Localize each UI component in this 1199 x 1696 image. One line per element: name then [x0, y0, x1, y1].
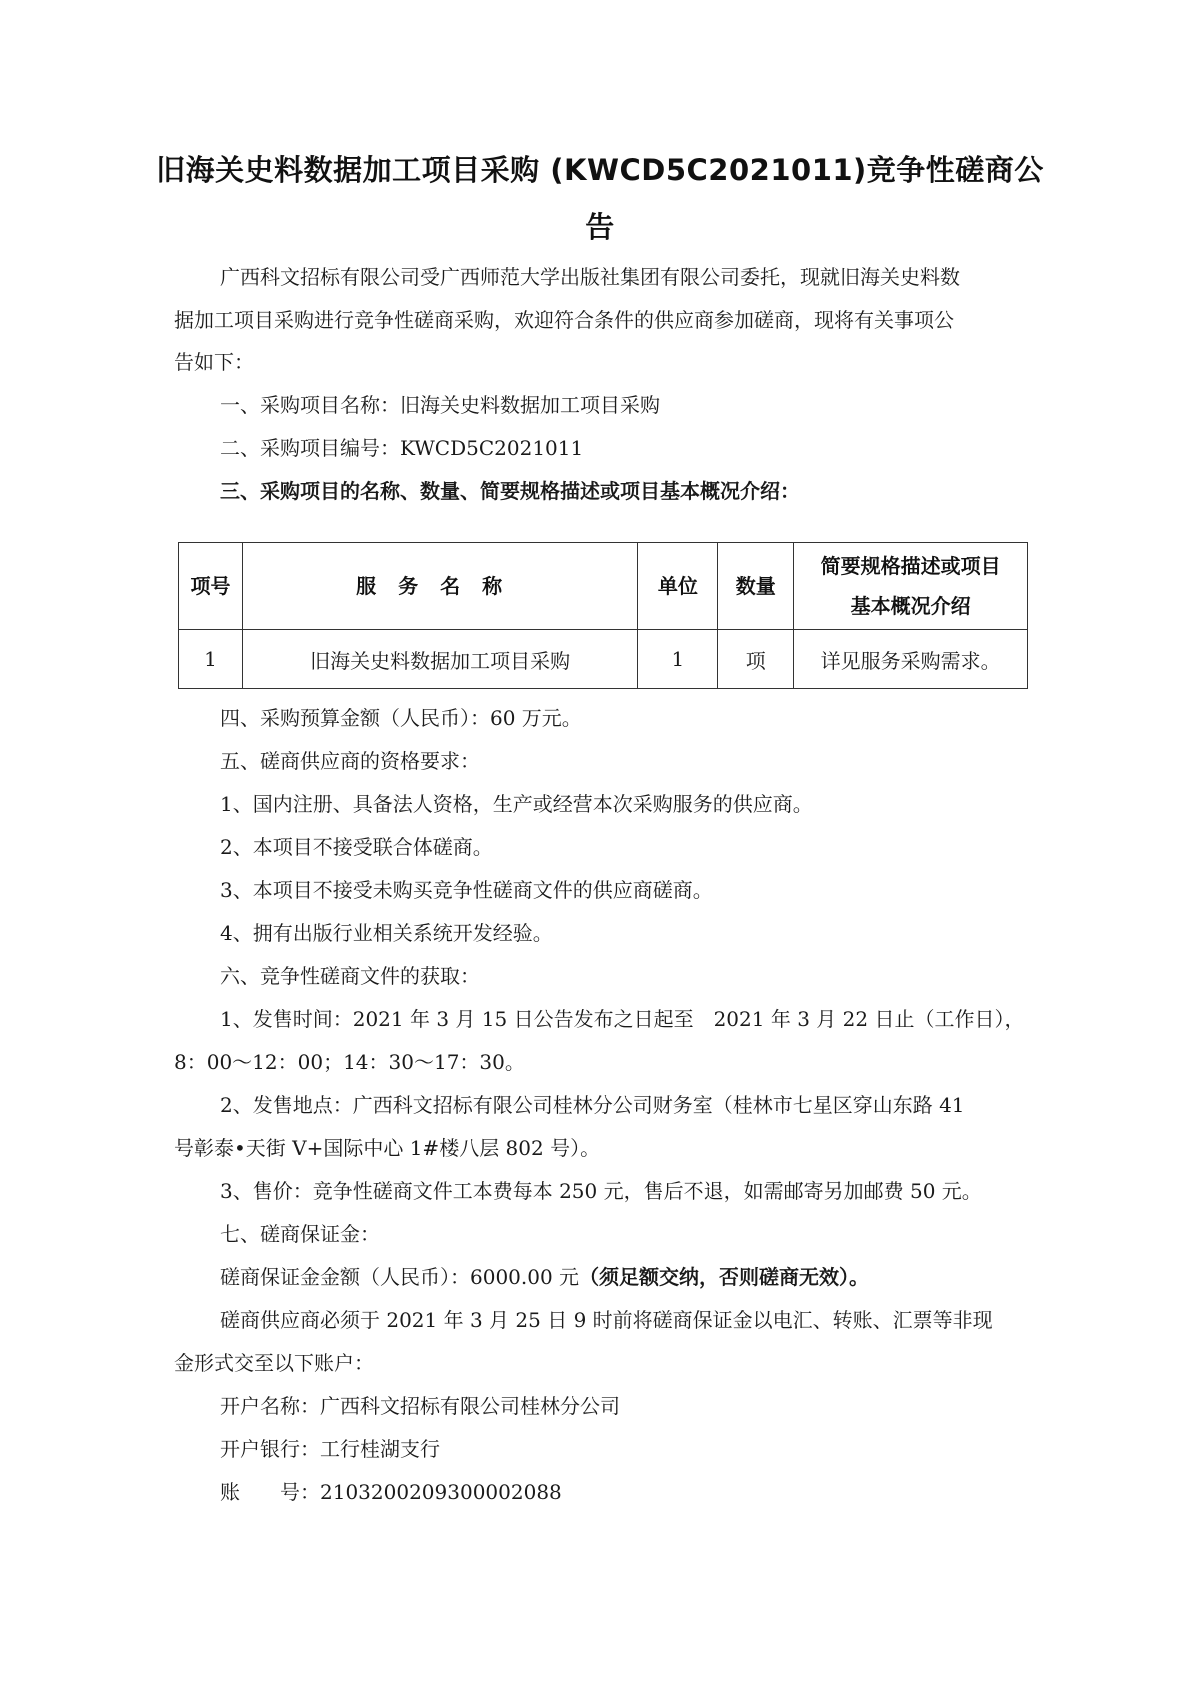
- qualification-item-4: 4、拥有出版行业相关系统开发经验。: [220, 919, 553, 947]
- document-page: 旧海关史料数据加工项目采购 (KWCD5C2021011)竞争性磋商公 告 广西…: [0, 0, 1199, 1696]
- section2-project-number: 二、采购项目编号：KWCD5C2021011: [220, 434, 583, 462]
- intro-line3: 告如下：: [174, 348, 254, 376]
- section6-heading: 六、竞争性磋商文件的获取：: [220, 962, 480, 990]
- deposit-note: （须足额交纳，否则磋商无效）。: [579, 1265, 869, 1289]
- table-header-row: 项号 服务名称 单位 数量 简要规格描述或项目 基本概况介绍: [179, 543, 1028, 630]
- sale-location-line2: 号彰泰•天街 V+国际中心 1#楼八层 802 号）。: [174, 1134, 600, 1162]
- cell-service-name: 旧海关史料数据加工项目采购: [242, 630, 637, 689]
- section7-heading: 七、磋商保证金：: [220, 1220, 380, 1248]
- header-description: 简要规格描述或项目 基本概况介绍: [794, 543, 1028, 630]
- section3-heading: 三、采购项目的名称、数量、简要规格描述或项目基本概况介绍：: [220, 477, 800, 505]
- header-service-name: 服务名称: [242, 543, 637, 630]
- account-bank: 开户银行：工行桂湖支行: [220, 1435, 440, 1463]
- deposit-deadline-line2: 金形式交至以下账户：: [174, 1349, 374, 1377]
- document-title-line1: 旧海关史料数据加工项目采购 (KWCD5C2021011)竞争性磋商公: [150, 148, 1050, 189]
- sale-price: 3、售价：竞争性磋商文件工本费每本 250 元，售后不退，如需邮寄另加邮费 50…: [220, 1177, 982, 1205]
- cell-description: 详见服务采购需求。: [794, 630, 1028, 689]
- section5-heading: 五、磋商供应商的资格要求：: [220, 747, 480, 775]
- qualification-item-1: 1、国内注册、具备法人资格，生产或经营本次采购服务的供应商。: [220, 790, 813, 818]
- intro-line2: 据加工项目采购进行竞争性磋商采购，欢迎符合条件的供应商参加磋商，现将有关事项公: [174, 306, 954, 334]
- procurement-items-table: 项号 服务名称 单位 数量 简要规格描述或项目 基本概况介绍 1 旧海关史料数据…: [178, 542, 1028, 689]
- deposit-amount: 磋商保证金金额（人民币）：6000.00 元（须足额交纳，否则磋商无效）。: [220, 1263, 869, 1291]
- qualification-item-2: 2、本项目不接受联合体磋商。: [220, 833, 493, 861]
- sale-time-line1: 1、发售时间：2021 年 3 月 15 日公告发布之日起至 2021 年 3 …: [220, 1005, 1024, 1033]
- table-row: 1 旧海关史料数据加工项目采购 1 项 详见服务采购需求。: [179, 630, 1028, 689]
- header-quantity: 数量: [718, 543, 794, 630]
- section4-budget: 四、采购预算金额（人民币）：60 万元。: [220, 704, 582, 732]
- header-unit: 单位: [638, 543, 718, 630]
- intro-line1: 广西科文招标有限公司受广西师范大学出版社集团有限公司委托，现就旧海关史料数: [220, 263, 960, 291]
- section1-project-name: 一、采购项目名称：旧海关史料数据加工项目采购: [220, 391, 660, 419]
- cell-no: 1: [179, 630, 243, 689]
- cell-unit: 1: [638, 630, 718, 689]
- account-number: 账 号：2103200209300002088: [220, 1478, 562, 1506]
- qualification-item-3: 3、本项目不接受未购买竞争性磋商文件的供应商磋商。: [220, 876, 713, 904]
- deposit-deadline-line1: 磋商供应商必须于 2021 年 3 月 25 日 9 时前将磋商保证金以电汇、转…: [220, 1306, 993, 1334]
- sale-time-line2: 8：00～12：00；14：30～17：30。: [174, 1048, 525, 1076]
- header-no: 项号: [179, 543, 243, 630]
- account-name: 开户名称：广西科文招标有限公司桂林分公司: [220, 1392, 620, 1420]
- document-title-line2: 告: [150, 205, 1050, 246]
- cell-quantity: 项: [718, 630, 794, 689]
- sale-location-line1: 2、发售地点：广西科文招标有限公司桂林分公司财务室（桂林市七星区穿山东路 41: [220, 1091, 965, 1119]
